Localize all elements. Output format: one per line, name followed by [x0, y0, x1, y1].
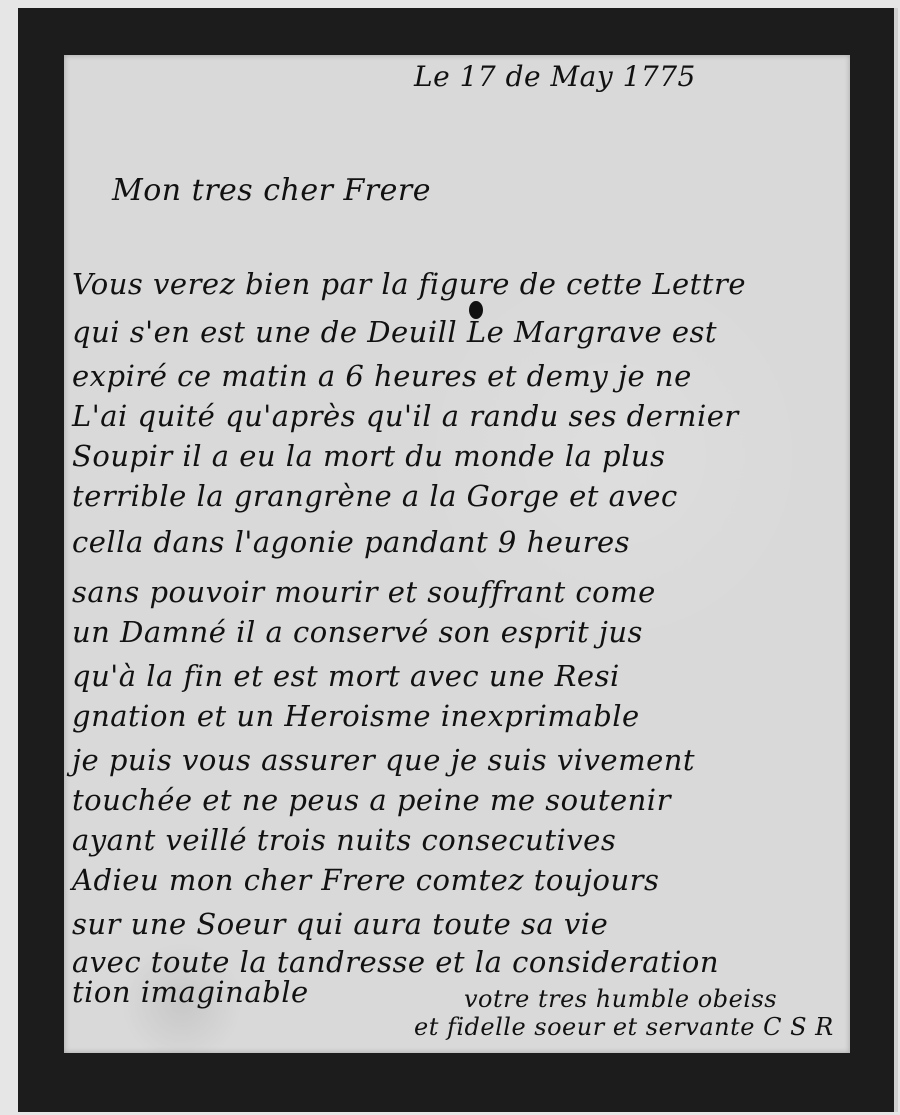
- body-line: sur une Soeur qui aura toute sa vie: [72, 907, 608, 941]
- date-line: Le 17 de May 1775: [414, 60, 696, 93]
- body-line: Adieu mon cher Frere comtez toujours: [72, 863, 659, 897]
- body-line: touchée et ne peus a peine me soutenir: [72, 783, 671, 817]
- body-line: je puis vous assurer que je suis vivemen…: [72, 743, 695, 777]
- photo-edge: [894, 8, 898, 1112]
- body-line: qu'à la fin et est mort avec une Resi: [72, 659, 620, 693]
- body-line: ayant veillé trois nuits consecutives: [72, 823, 616, 857]
- salutation: Mon tres cher Frere: [112, 173, 431, 208]
- body-line: Soupir il a eu la mort du monde la plus: [72, 439, 665, 473]
- letter-page: Le 17 de May 1775 Mon tres cher Frere Vo…: [64, 55, 850, 1053]
- body-line: un Damné il a conservé son esprit jus: [72, 615, 643, 649]
- body-line: terrible la grangrène a la Gorge et avec: [72, 479, 678, 513]
- closing-line: votre tres humble obeiss: [464, 985, 777, 1013]
- signature-line: et fidelle soeur et servante C S R: [414, 1013, 834, 1041]
- body-line: tion imaginable: [72, 975, 309, 1009]
- body-line: cella dans l'agonie pandant 9 heures: [72, 525, 630, 559]
- body-line: expiré ce matin a 6 heures et demy je ne: [72, 359, 692, 393]
- body-line: sans pouvoir mourir et souffrant come: [72, 575, 656, 609]
- body-line: gnation et un Heroisme inexprimable: [72, 699, 640, 733]
- body-line: Vous verez bien par la figure de cette L…: [72, 267, 746, 301]
- body-line: qui s'en est une de Deuill Le Margrave e…: [72, 315, 717, 349]
- ink-blot: [469, 301, 483, 319]
- body-line: avec toute la tandresse et la considerat…: [72, 945, 719, 979]
- body-line: L'ai quité qu'après qu'il a randu ses de…: [72, 399, 739, 433]
